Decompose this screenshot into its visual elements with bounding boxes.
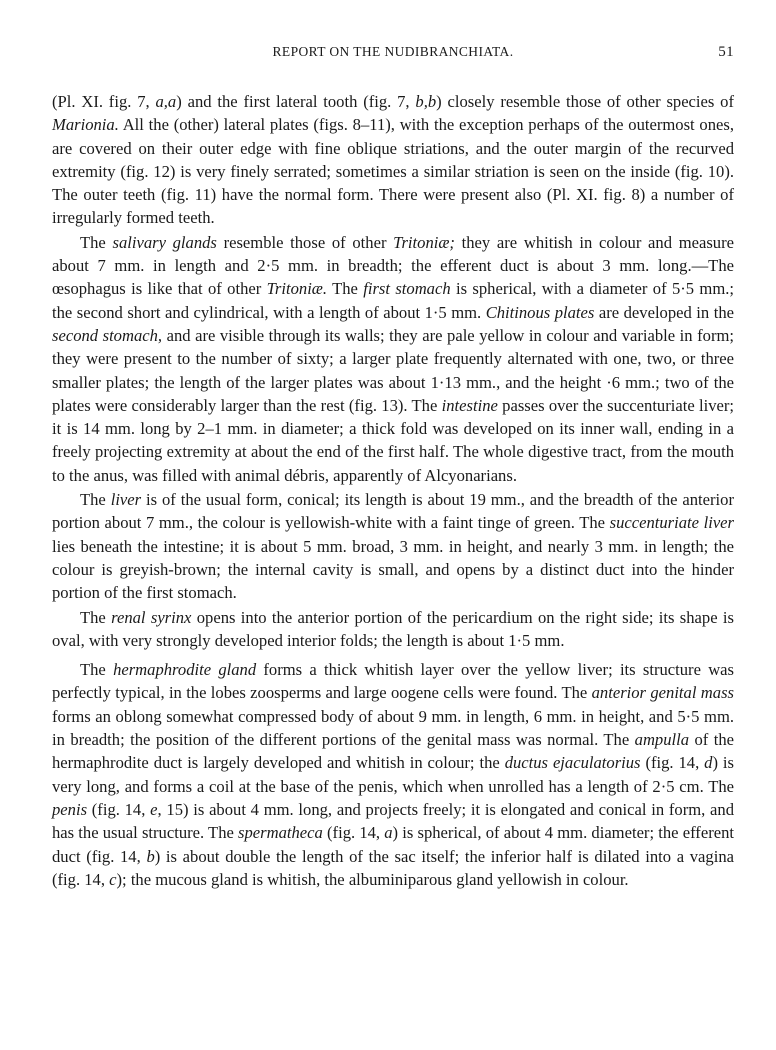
- text-run: lies beneath the intestine; it is about …: [52, 537, 734, 603]
- italic-term: Tritoniæ;: [393, 233, 455, 252]
- text-run: (fig. 14,: [87, 800, 150, 819]
- italic-term: intestine: [442, 396, 498, 415]
- italic-term: Marionia.: [52, 115, 119, 134]
- italic-term: ampulla: [635, 730, 689, 749]
- italic-term: hermaphrodite gland: [113, 660, 256, 679]
- text-run: (fig. 14,: [323, 823, 384, 842]
- text-run: The: [327, 279, 363, 298]
- italic-term: anterior genital mass: [592, 683, 734, 702]
- text-run: The: [80, 490, 111, 509]
- text-run: ) closely resemble those of other specie…: [436, 92, 734, 111]
- text-run: The: [80, 660, 113, 679]
- text-run: (fig. 14,: [641, 753, 705, 772]
- page-number: 51: [718, 44, 734, 61]
- italic-term: spermatheca: [238, 823, 323, 842]
- text-run: The: [80, 233, 112, 252]
- italic-term: e: [150, 800, 157, 819]
- text-run: The: [80, 608, 111, 627]
- paragraph-radula: (Pl. XI. fig. 7, a,a) and the first late…: [52, 90, 734, 230]
- italic-term: a,a: [155, 92, 176, 111]
- text-run: (Pl. XI. fig. 7,: [52, 92, 155, 111]
- text-run: All the (other) lateral plates (figs. 8–…: [52, 115, 734, 227]
- italic-term: second stomach,: [52, 326, 162, 345]
- paragraph-digestive-tract: The salivary glands resemble those of ot…: [52, 231, 734, 487]
- italic-term: a: [384, 823, 392, 842]
- italic-term: Tritoniæ.: [267, 279, 327, 298]
- italic-term: ductus ejaculatorius: [505, 753, 641, 772]
- paragraph-liver: The liver is of the usual form, conical;…: [52, 488, 734, 604]
- italic-term: penis: [52, 800, 87, 819]
- italic-term: renal syrinx: [111, 608, 191, 627]
- italic-term: c: [109, 870, 116, 889]
- text-run: resemble those of other: [217, 233, 393, 252]
- paragraph-renal-syrinx: The renal syrinx opens into the anterior…: [52, 606, 734, 653]
- italic-term: Chitinous plates: [486, 303, 595, 322]
- italic-term: salivary glands: [112, 233, 216, 252]
- italic-term: liver: [111, 490, 141, 509]
- text-run: ); the mucous gland is whitish, the albu…: [117, 870, 629, 889]
- text-run: ) and the first lateral tooth (fig. 7,: [176, 92, 415, 111]
- running-title: REPORT ON THE NUDIBRANCHIATA.: [52, 44, 734, 60]
- paragraph-genital-system: The hermaphrodite gland forms a thick wh…: [52, 658, 734, 891]
- italic-term: succenturiate liver: [610, 513, 734, 532]
- text-run: forms an oblong somewhat compressed body…: [52, 707, 734, 749]
- text-run: are developed in the: [594, 303, 734, 322]
- running-header: REPORT ON THE NUDIBRANCHIATA. 51: [52, 44, 734, 66]
- italic-term: first stomach: [363, 279, 450, 298]
- italic-term: b: [146, 847, 154, 866]
- body-text: (Pl. XI. fig. 7, a,a) and the first late…: [52, 90, 734, 891]
- italic-term: b,b: [415, 92, 436, 111]
